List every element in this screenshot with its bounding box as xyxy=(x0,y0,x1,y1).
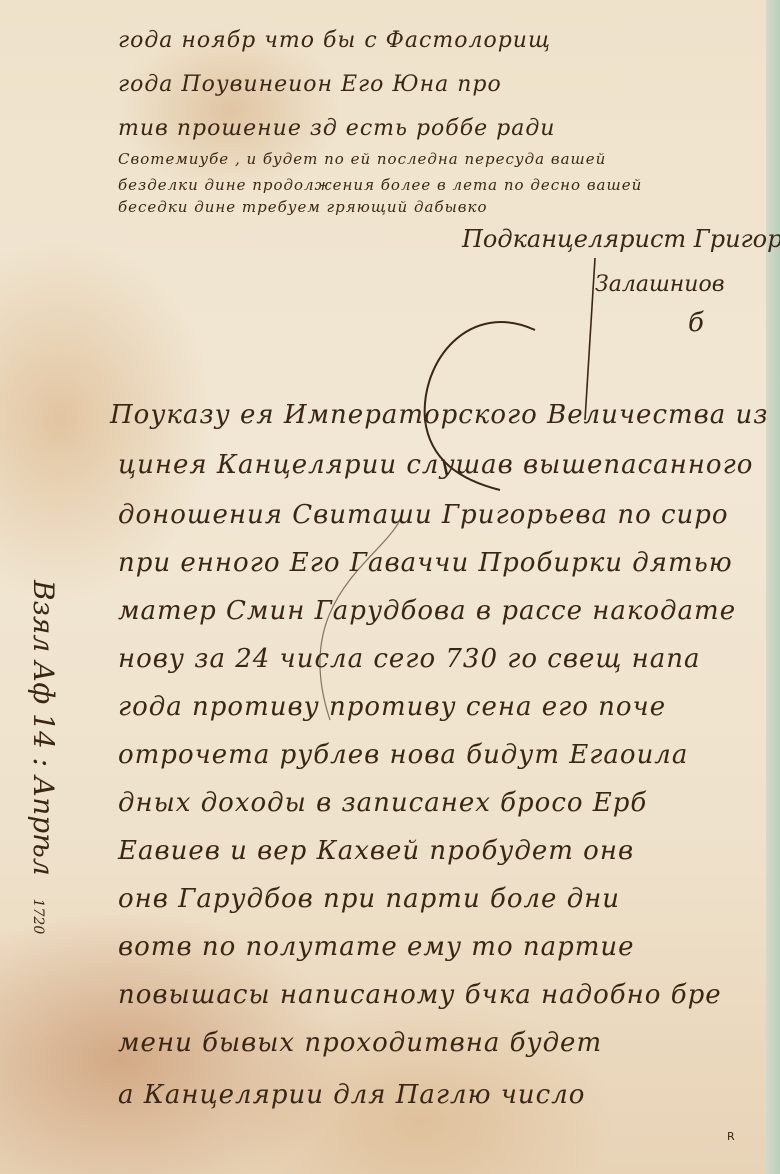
manuscript-line: Поуказу ея Императорского Величества из xyxy=(110,400,768,430)
corner-mark: R xyxy=(727,1130,735,1143)
manuscript-line: безделки дине продолжения более в лета п… xyxy=(118,176,642,194)
paper-edge xyxy=(766,0,780,1174)
manuscript-line: года ноябр что бы с Фастолорищ xyxy=(118,28,551,53)
manuscript-line: вотв по полутате ему то партие xyxy=(118,932,635,962)
manuscript-line: онв Гарудбов при парти боле дни xyxy=(118,884,620,914)
margin-note-year: 1720 xyxy=(30,899,46,935)
manuscript-line: матер Смин Гарудбова в рассе накодате xyxy=(118,596,736,626)
manuscript-line: мени бывых проходитвна будет xyxy=(118,1028,602,1058)
signature-name: Залашниов xyxy=(595,272,725,297)
manuscript-line: отрочета рублев нова бидут Егаоила xyxy=(118,740,688,770)
signature-mark: б xyxy=(688,308,704,338)
signature-title: Подканцелярист Григорей xyxy=(462,225,780,253)
margin-note-text: Взял Аф 14 : Апрѣл xyxy=(27,580,60,876)
manuscript-page: года ноябр что бы с Фастолорищ года Поув… xyxy=(0,0,780,1174)
manuscript-line: при енного Его Гаваччи Пробирки дятью xyxy=(118,548,733,578)
manuscript-line: Eавиев и вер Кахвей пробудет онв xyxy=(118,836,634,866)
manuscript-line: цинея Канцелярии слушав вышепасанного xyxy=(118,450,753,480)
manuscript-line: года противу противу сена его поче xyxy=(118,692,666,722)
margin-annotation: Взял Аф 14 : Апрѣл 1720 xyxy=(27,580,60,934)
manuscript-line: года Поувинеион Его Юна про xyxy=(118,72,502,97)
manuscript-line: Свотемиубе , и будет по ей последна пере… xyxy=(118,150,606,168)
manuscript-line: дных доходы в записанех бросо Ерб xyxy=(118,788,647,818)
manuscript-line: беседки дине требуем гряющий дабывко xyxy=(118,198,488,216)
manuscript-line: повышасы написаному бчка надобно бре xyxy=(118,980,722,1010)
manuscript-line: доношения Свиташи Григорьева по сиро xyxy=(118,500,729,530)
manuscript-line: а Канцелярии для Паглю число xyxy=(118,1080,585,1110)
manuscript-line: нову за 24 числа сего 730 го свещ напа xyxy=(118,644,701,674)
manuscript-line: тив прошение зд есть роббе ради xyxy=(118,116,555,141)
